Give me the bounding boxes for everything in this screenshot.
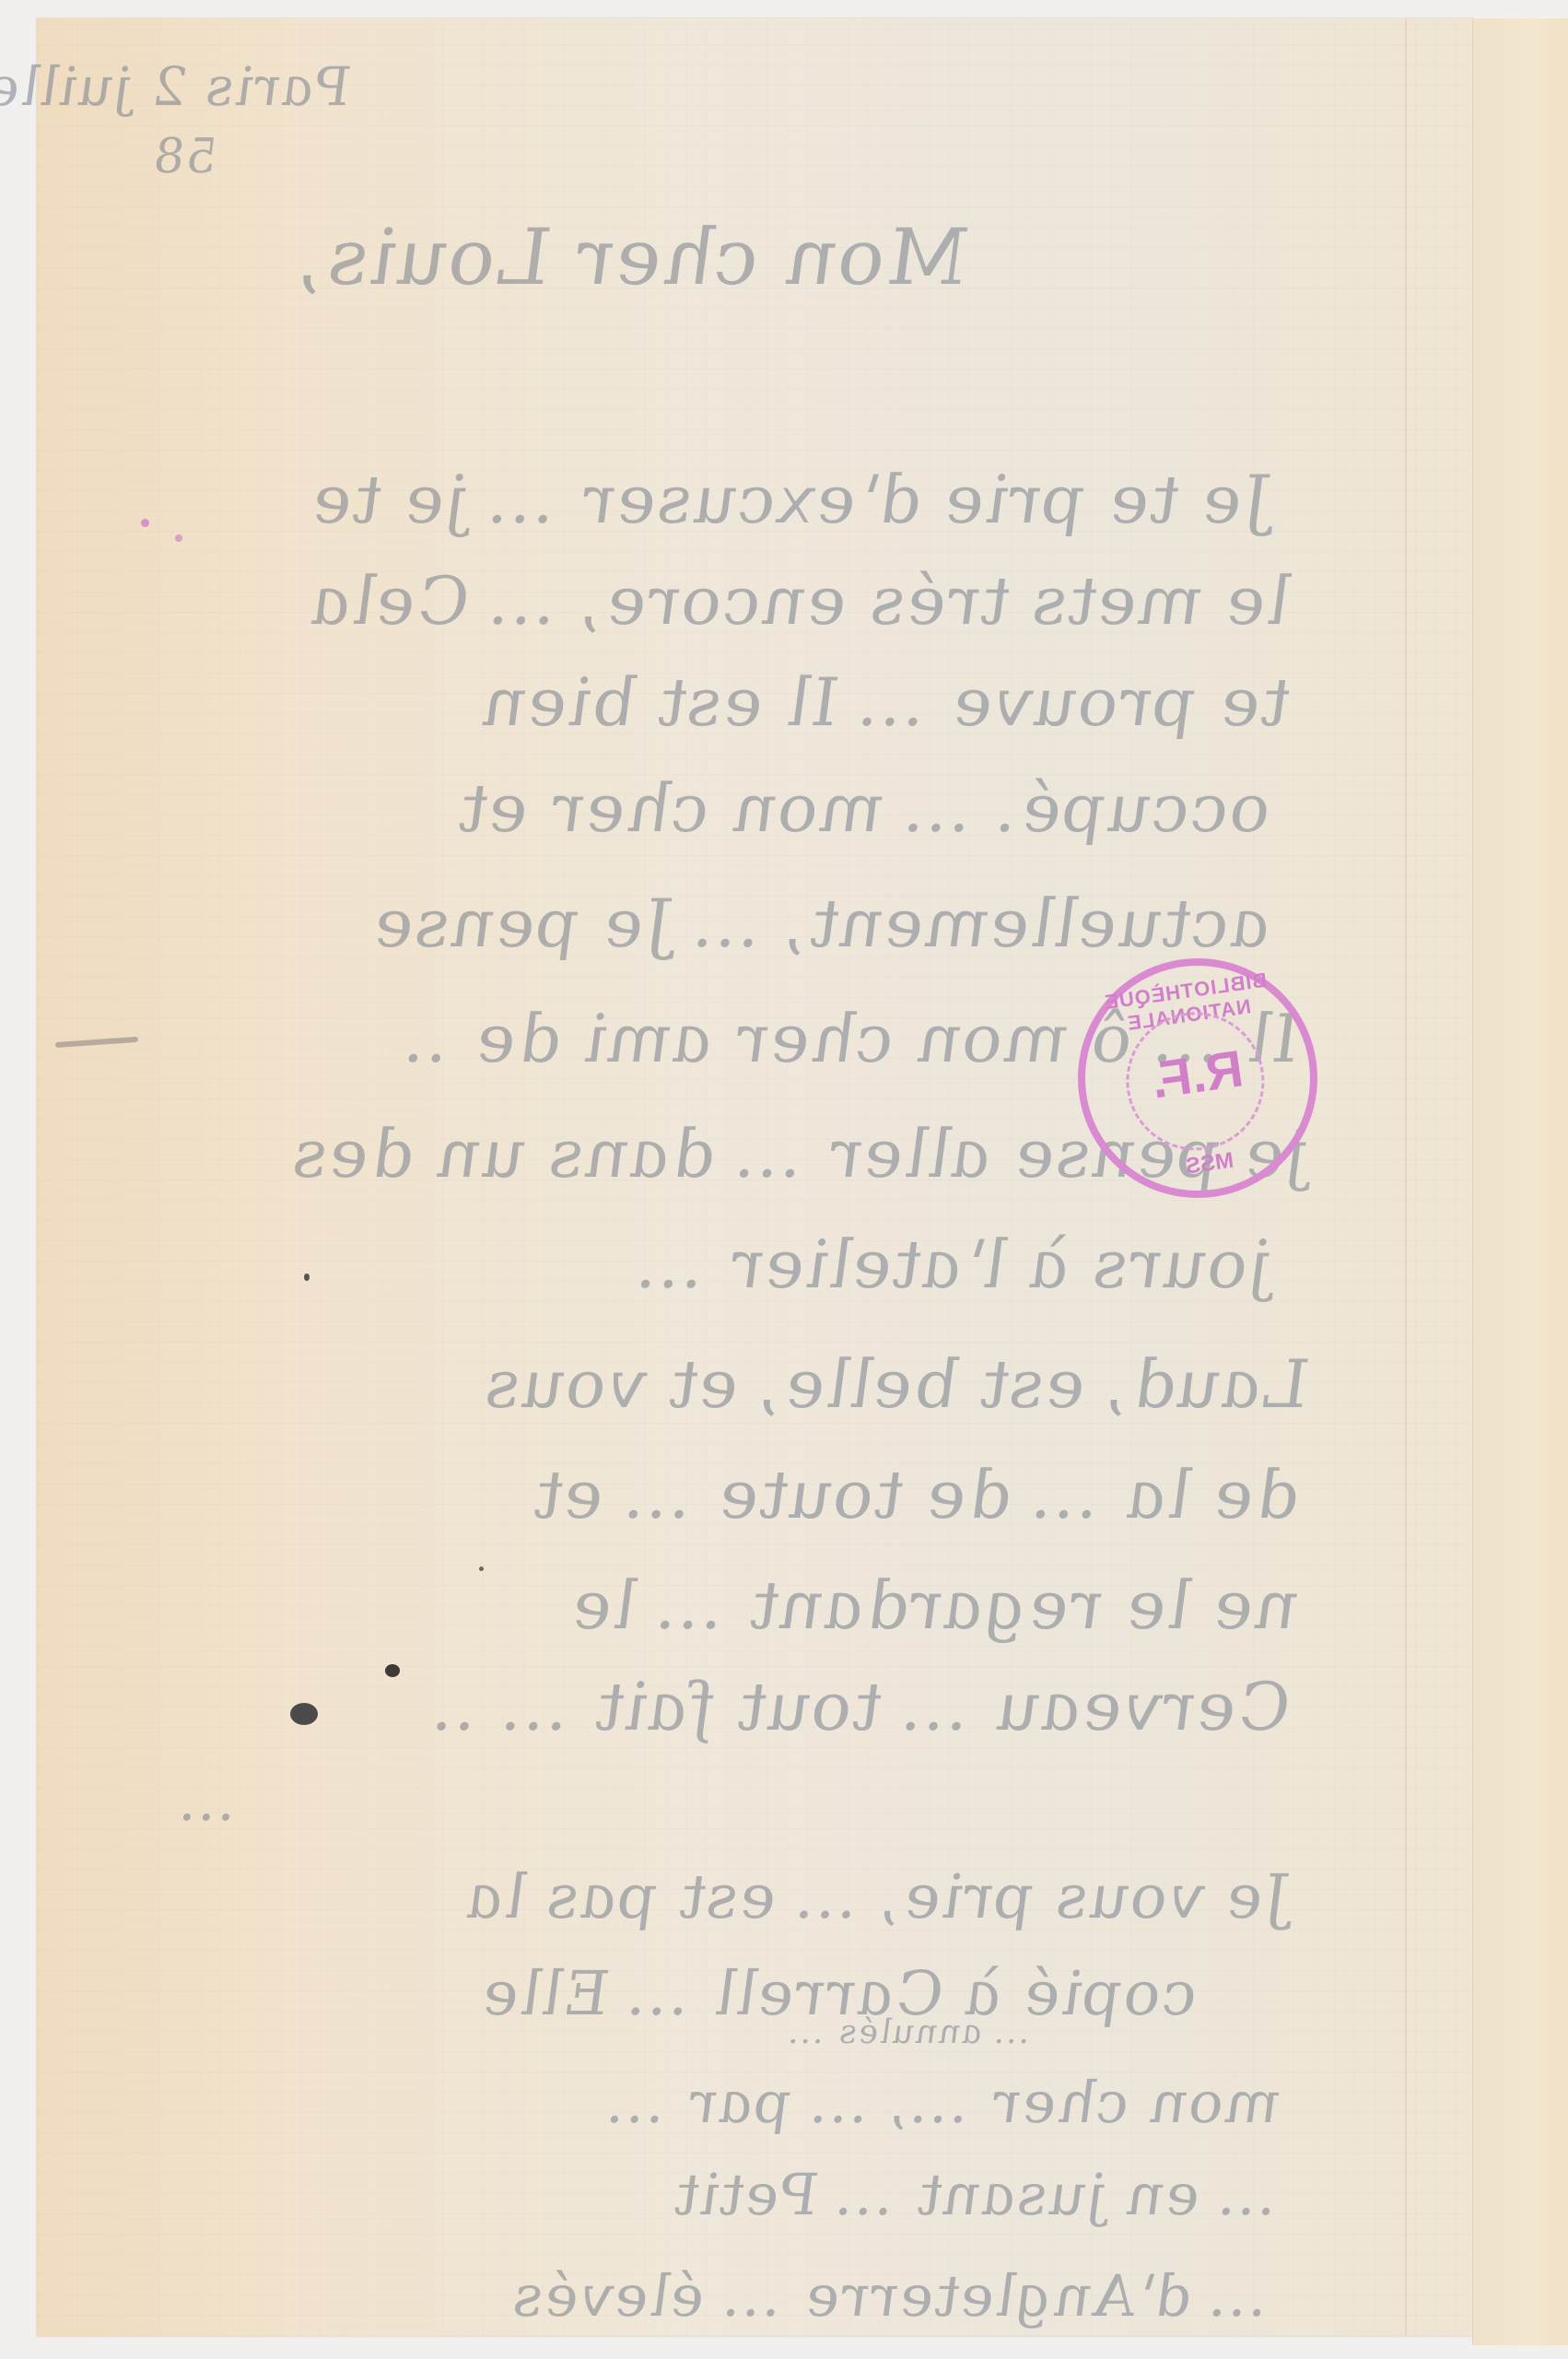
text-line: occupé. ... mon cher et (447, 769, 1284, 847)
text-line: ... annulés ... (782, 2013, 1037, 2051)
ink-spot (290, 1703, 318, 1725)
text-line: Je vous prie, ... est pas la (454, 1861, 1301, 1932)
text-line: de la ... de toute ... et (522, 1456, 1312, 1533)
pink-dot (175, 534, 182, 542)
text-line: ... d'Angleterre ... élevés (502, 2262, 1282, 2330)
header-date: Paris 2 juillet (0, 55, 360, 118)
text-line: Je te prie d'excuser ... je te (299, 461, 1284, 538)
text-line: Cerveau ... tout fait ... .. (423, 1668, 1303, 1745)
mark-dot (479, 1567, 484, 1571)
text-line: mon cher ..., ... par ... (598, 2069, 1292, 2136)
text-line: le mets trés encore, ... Cela (298, 562, 1303, 640)
ink-spot (385, 1664, 400, 1677)
text-line: ne le regardant ... le (559, 1567, 1312, 1644)
text-line: ... en jusant ... Petit (663, 2161, 1291, 2228)
salutation: Mon cher Louis, (287, 212, 982, 302)
guard-strip (1472, 18, 1568, 2345)
text-line: actuellement, ... Je pense (361, 885, 1284, 962)
fold-line (1405, 18, 1407, 2336)
mark-dot (304, 1273, 310, 1281)
pink-dot (141, 519, 149, 527)
text-line: te prouve ... Il est bien (470, 663, 1303, 741)
text-line: jours à l'atelier ... (626, 1226, 1283, 1303)
text-line: Laud, est belle, et vous (473, 1345, 1321, 1423)
